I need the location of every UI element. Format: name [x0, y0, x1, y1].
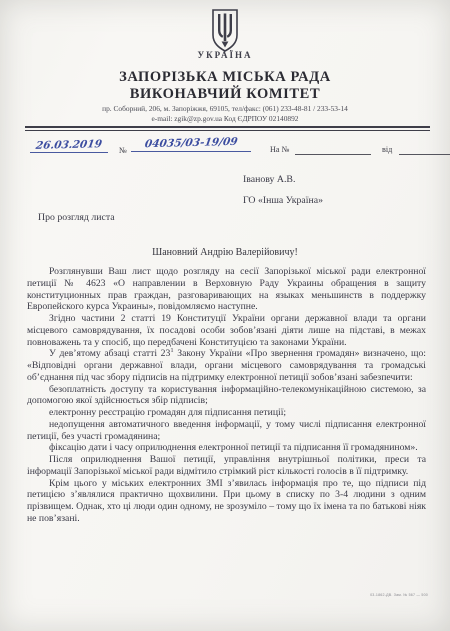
subject-line: Про розгляд листа	[38, 212, 115, 223]
list-item-4: фіксацію дати і часу оприлюднення електр…	[27, 442, 426, 454]
incoming-number-label: На №	[270, 145, 289, 154]
handwritten-date: 26.03.2019	[35, 138, 103, 152]
incoming-number-blank	[295, 145, 371, 155]
paragraph-4: Після оприлюднення Вашої петиції, управл…	[27, 454, 426, 478]
paragraph-5: Крім цього у міських електронних ЗМІ з’я…	[27, 478, 426, 525]
outgoing-number-field: 04035/03-19/09	[131, 137, 251, 152]
incoming-date-label: від	[382, 145, 392, 154]
recipient-name: Іванову А.В.	[243, 169, 323, 190]
contact-line: e-mail: zgik@zp.gov.ua Код ЄДРПОУ 021408…	[0, 114, 450, 123]
salutation: Шановний Андрію Валерійовичу!	[0, 247, 450, 258]
recipient-block: Іванову А.В. ГО «Інша Україна»	[243, 169, 323, 211]
paragraph-1: Розглянувши Ваш лист щодо розгляду на се…	[27, 266, 426, 313]
reference-row: 26.03.2019 № 04035/03-19/09 На № від	[27, 137, 430, 159]
paragraph-2: Згідно частини 2 статті 19 Конституції У…	[27, 313, 426, 348]
address-line: пр. Соборний, 206, м. Запоріжжя, 69105, …	[0, 104, 450, 113]
handwritten-number: 04035/03-19/09	[144, 136, 239, 150]
paragraph-3-text: У дев’ятому абзаці статті 23	[49, 348, 170, 359]
organization-department: ВИКОНАВЧИЙ КОМІТЕТ	[0, 86, 450, 103]
letterhead-divider	[25, 126, 430, 131]
outgoing-date-field: 26.03.2019	[30, 139, 108, 153]
incoming-date-blank	[399, 145, 450, 155]
scanned-letter-page: УКРАЇНА ЗАПОРІЗЬКА МІСЬКА РАДА ВИКОНАВЧИ…	[0, 0, 450, 631]
list-item-2: електронну реєстрацію громадян для підпи…	[27, 407, 426, 419]
paragraph-3: У дев’ятому абзаці статті 231 Закону Укр…	[27, 348, 426, 383]
print-order-code: 03-1862-ДВ. Зам. № 567 — 500	[370, 593, 428, 597]
number-sign-label: №	[119, 146, 127, 155]
list-item-3: недопущення автоматичного введення інфор…	[27, 419, 426, 443]
ukraine-trident-icon	[209, 8, 241, 52]
organization-name: ЗАПОРІЗЬКА МІСЬКА РАДА	[0, 69, 450, 86]
country-label: УКРАЇНА	[0, 50, 450, 60]
recipient-organization: ГО «Інша Україна»	[243, 190, 323, 211]
letter-body: Розглянувши Ваш лист щодо розгляду на се…	[27, 266, 426, 525]
list-item-1: безоплатність доступу та користування ін…	[27, 384, 426, 408]
